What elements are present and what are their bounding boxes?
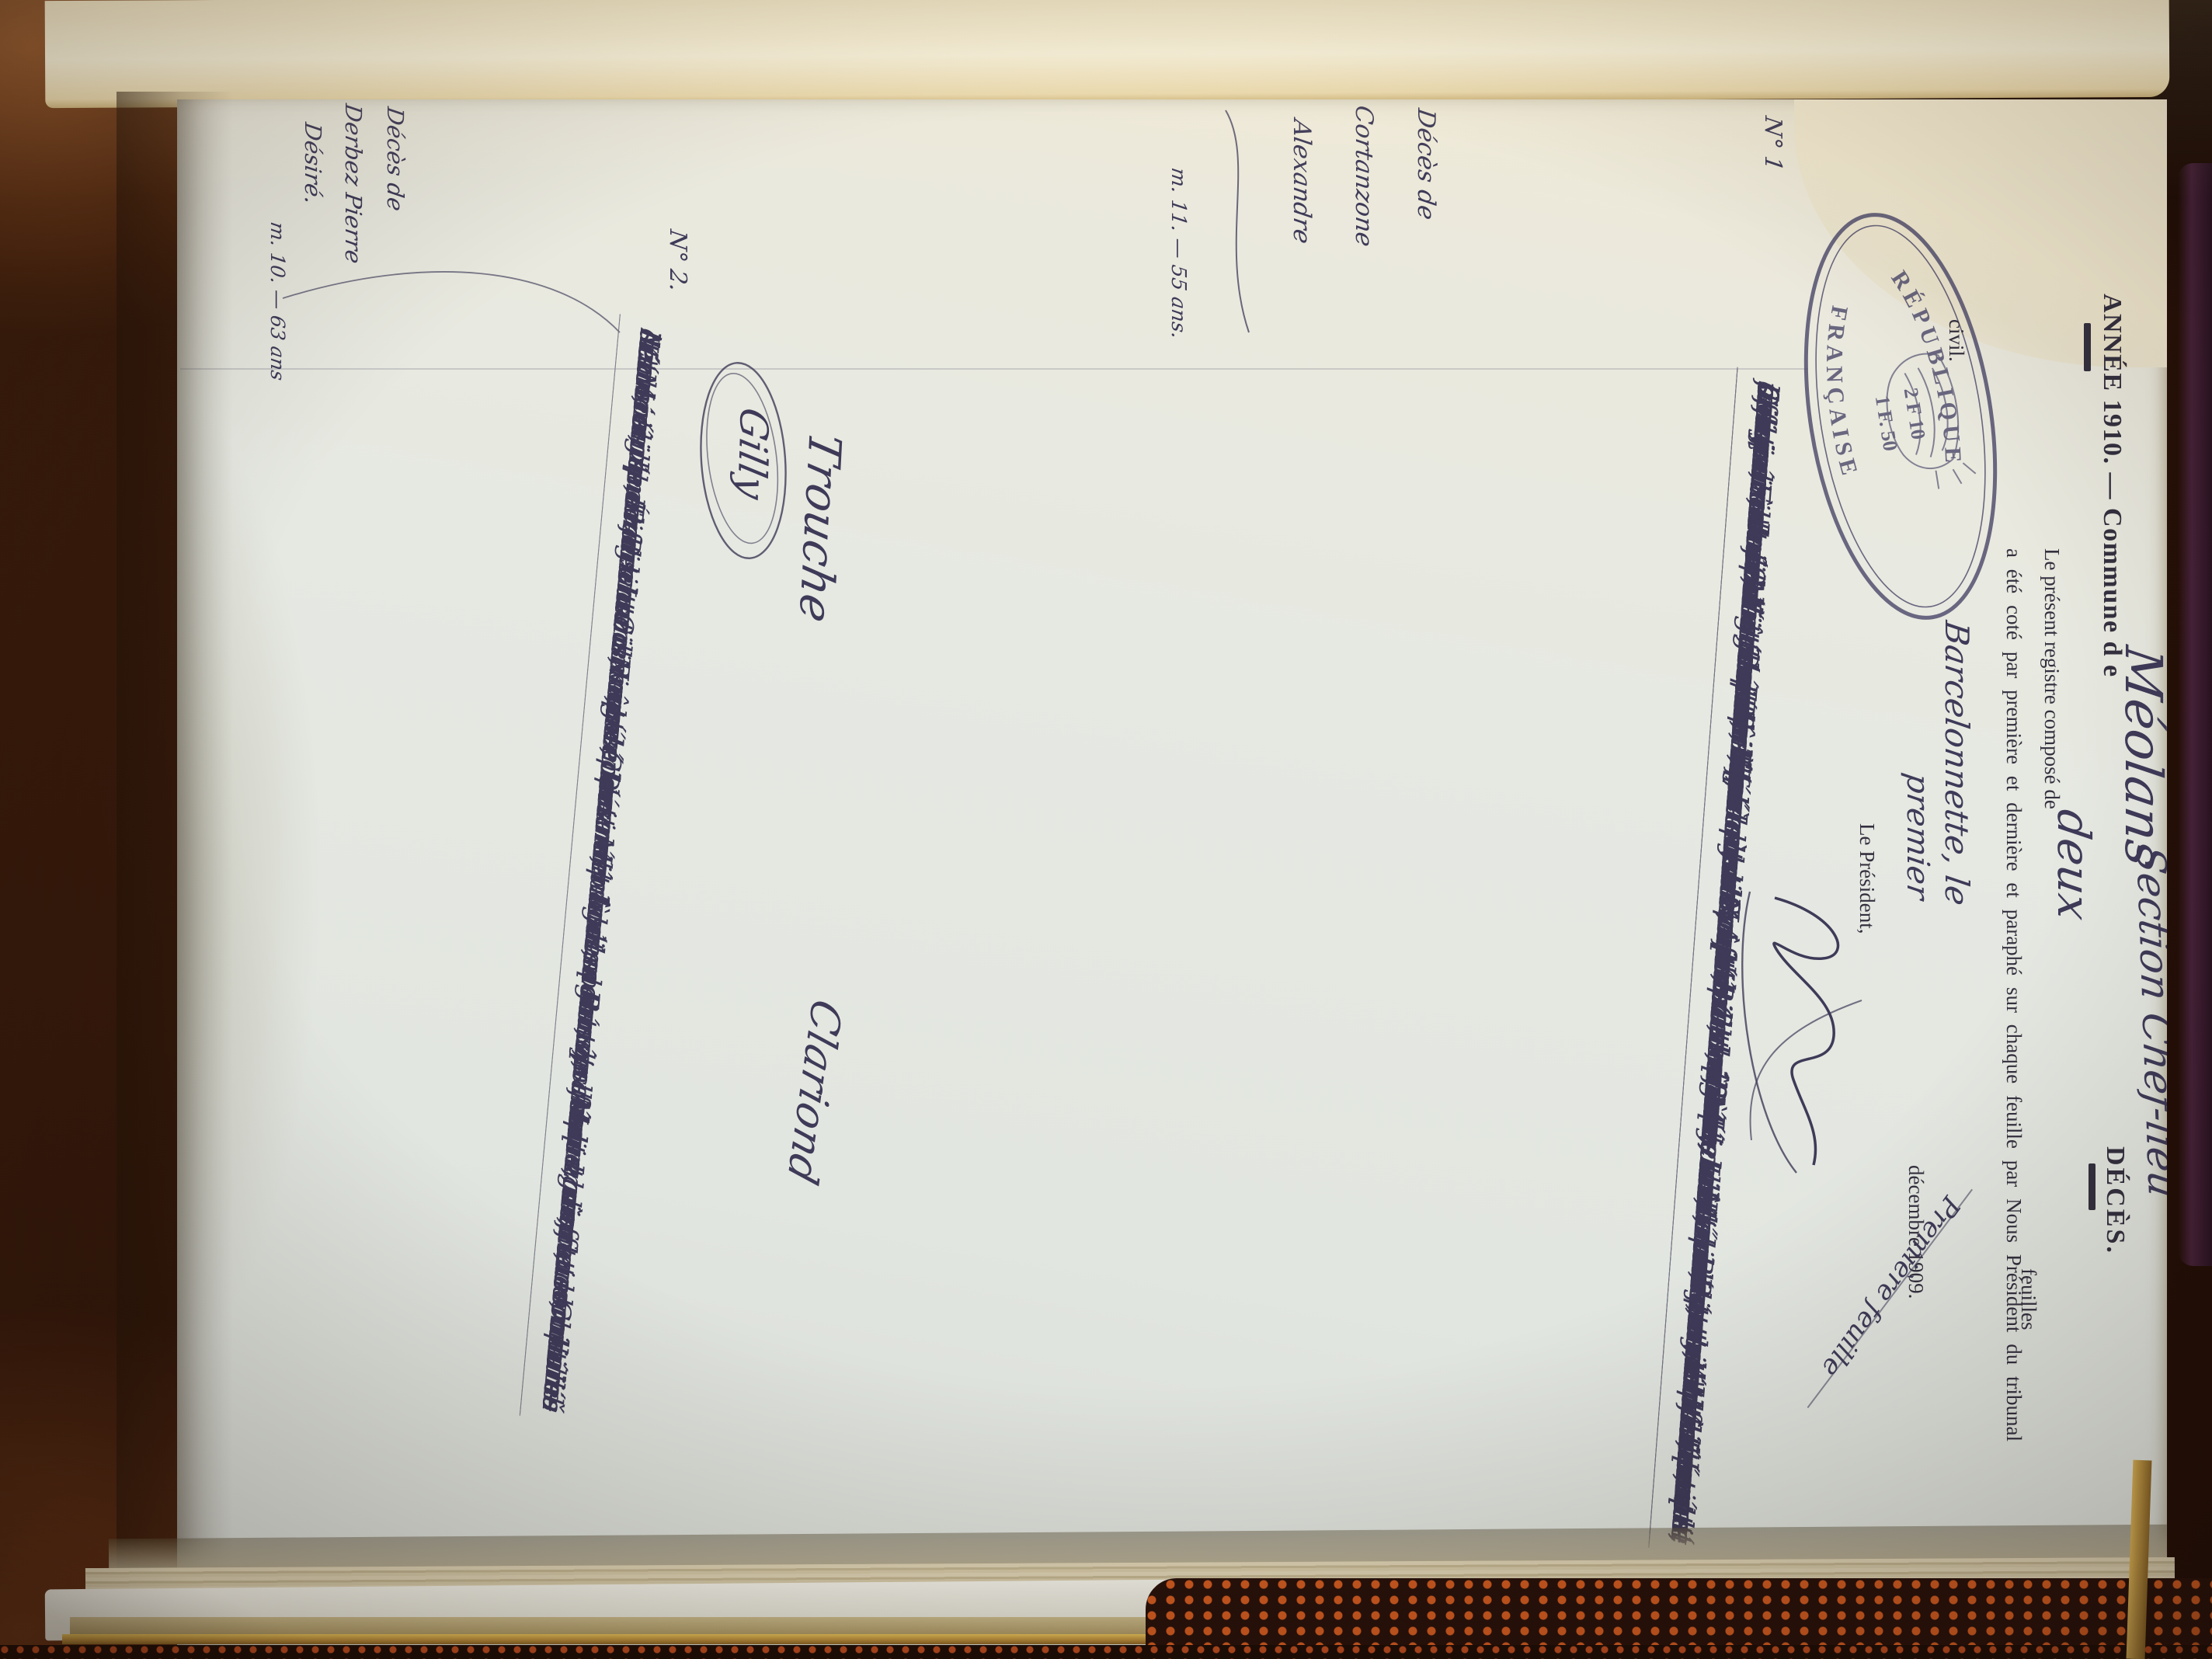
margin-rule (180, 368, 1808, 370)
signature-clariond: Clariond (778, 993, 851, 1190)
act2-margin-flourish (275, 241, 624, 350)
act2-margin-line3: Désiré. (300, 121, 326, 207)
act1-number: N° 1 (1759, 115, 1786, 173)
act1-margin-line3: Alexandre (1288, 117, 1316, 245)
act2-body: L'an mil neuf cent dix et le premier du … (563, 332, 665, 1446)
act2-margin-line2: Derbez Pierre (340, 103, 367, 266)
act1-line: nous avons signé après lecture faite ave… (1654, 375, 1785, 1369)
registre-line1: Le présent registre composé de (2040, 548, 2064, 809)
rule-under-annee (2084, 323, 2091, 371)
section-name-handwritten: Section Chef-lieu (2127, 843, 2167, 1202)
act2-margin-age-note: m. 10. — 63 ans (266, 221, 289, 382)
signature-trouche: Trouche (789, 427, 851, 628)
facing-page-edge (45, 0, 2170, 108)
register-page: RÉPUBLIQUE FRANÇAISE 2 F 10 1 F. 50 ANNÉ… (177, 99, 2167, 1657)
gutter-shadow (117, 92, 233, 1606)
feuilles-count-handwritten: deux (2047, 806, 2100, 923)
header-annee-commune: ANNÉE 1910. — Commune d e (2097, 294, 2127, 678)
act2-line: Méolans le vingt trois septembre mil hui… (511, 322, 665, 1415)
act2-margin-line1: Décès de (382, 106, 409, 213)
marbled-cover-bottom (0, 1645, 2212, 1659)
book-spine (2178, 163, 2212, 1266)
diagonal-paraph-stroke (1807, 1189, 1973, 1408)
day-handwritten: premier (1900, 771, 1935, 902)
act2-number: N° 2. (664, 228, 691, 294)
signature-gilly: Gilly (729, 404, 777, 503)
stamp-value-top: 2 F 10 (1900, 386, 1930, 441)
rule-under-deces (2089, 1163, 2095, 1210)
act1-margin-flourish (1213, 106, 1260, 339)
act1-margin-line2: Cortanzone (1350, 103, 1378, 248)
act1-margin-age-note: m. 11. — 55 ans. (1167, 166, 1190, 340)
registre-line2: a été coté par première et dernière et p… (2002, 548, 2026, 1442)
header-deces-title: DÉCÈS. (2100, 1146, 2130, 1255)
registre-line3: civil. (1944, 319, 1968, 362)
premiere-feuille-note: Première feuille (1815, 1190, 1967, 1382)
act1-margin-line1: Décès de (1412, 106, 1440, 221)
stamp-value-bottom: 1 F. 50 (1871, 394, 1902, 453)
place-date-handwritten: Barcelonnette, le (1938, 619, 1976, 909)
photo-of-register-book: { "colors":{"ink":"#3e3a58","printed_ink… (0, 0, 2212, 1659)
president-signature (1736, 884, 1868, 1179)
commune-name-handwritten: Méolans (2113, 643, 2167, 871)
